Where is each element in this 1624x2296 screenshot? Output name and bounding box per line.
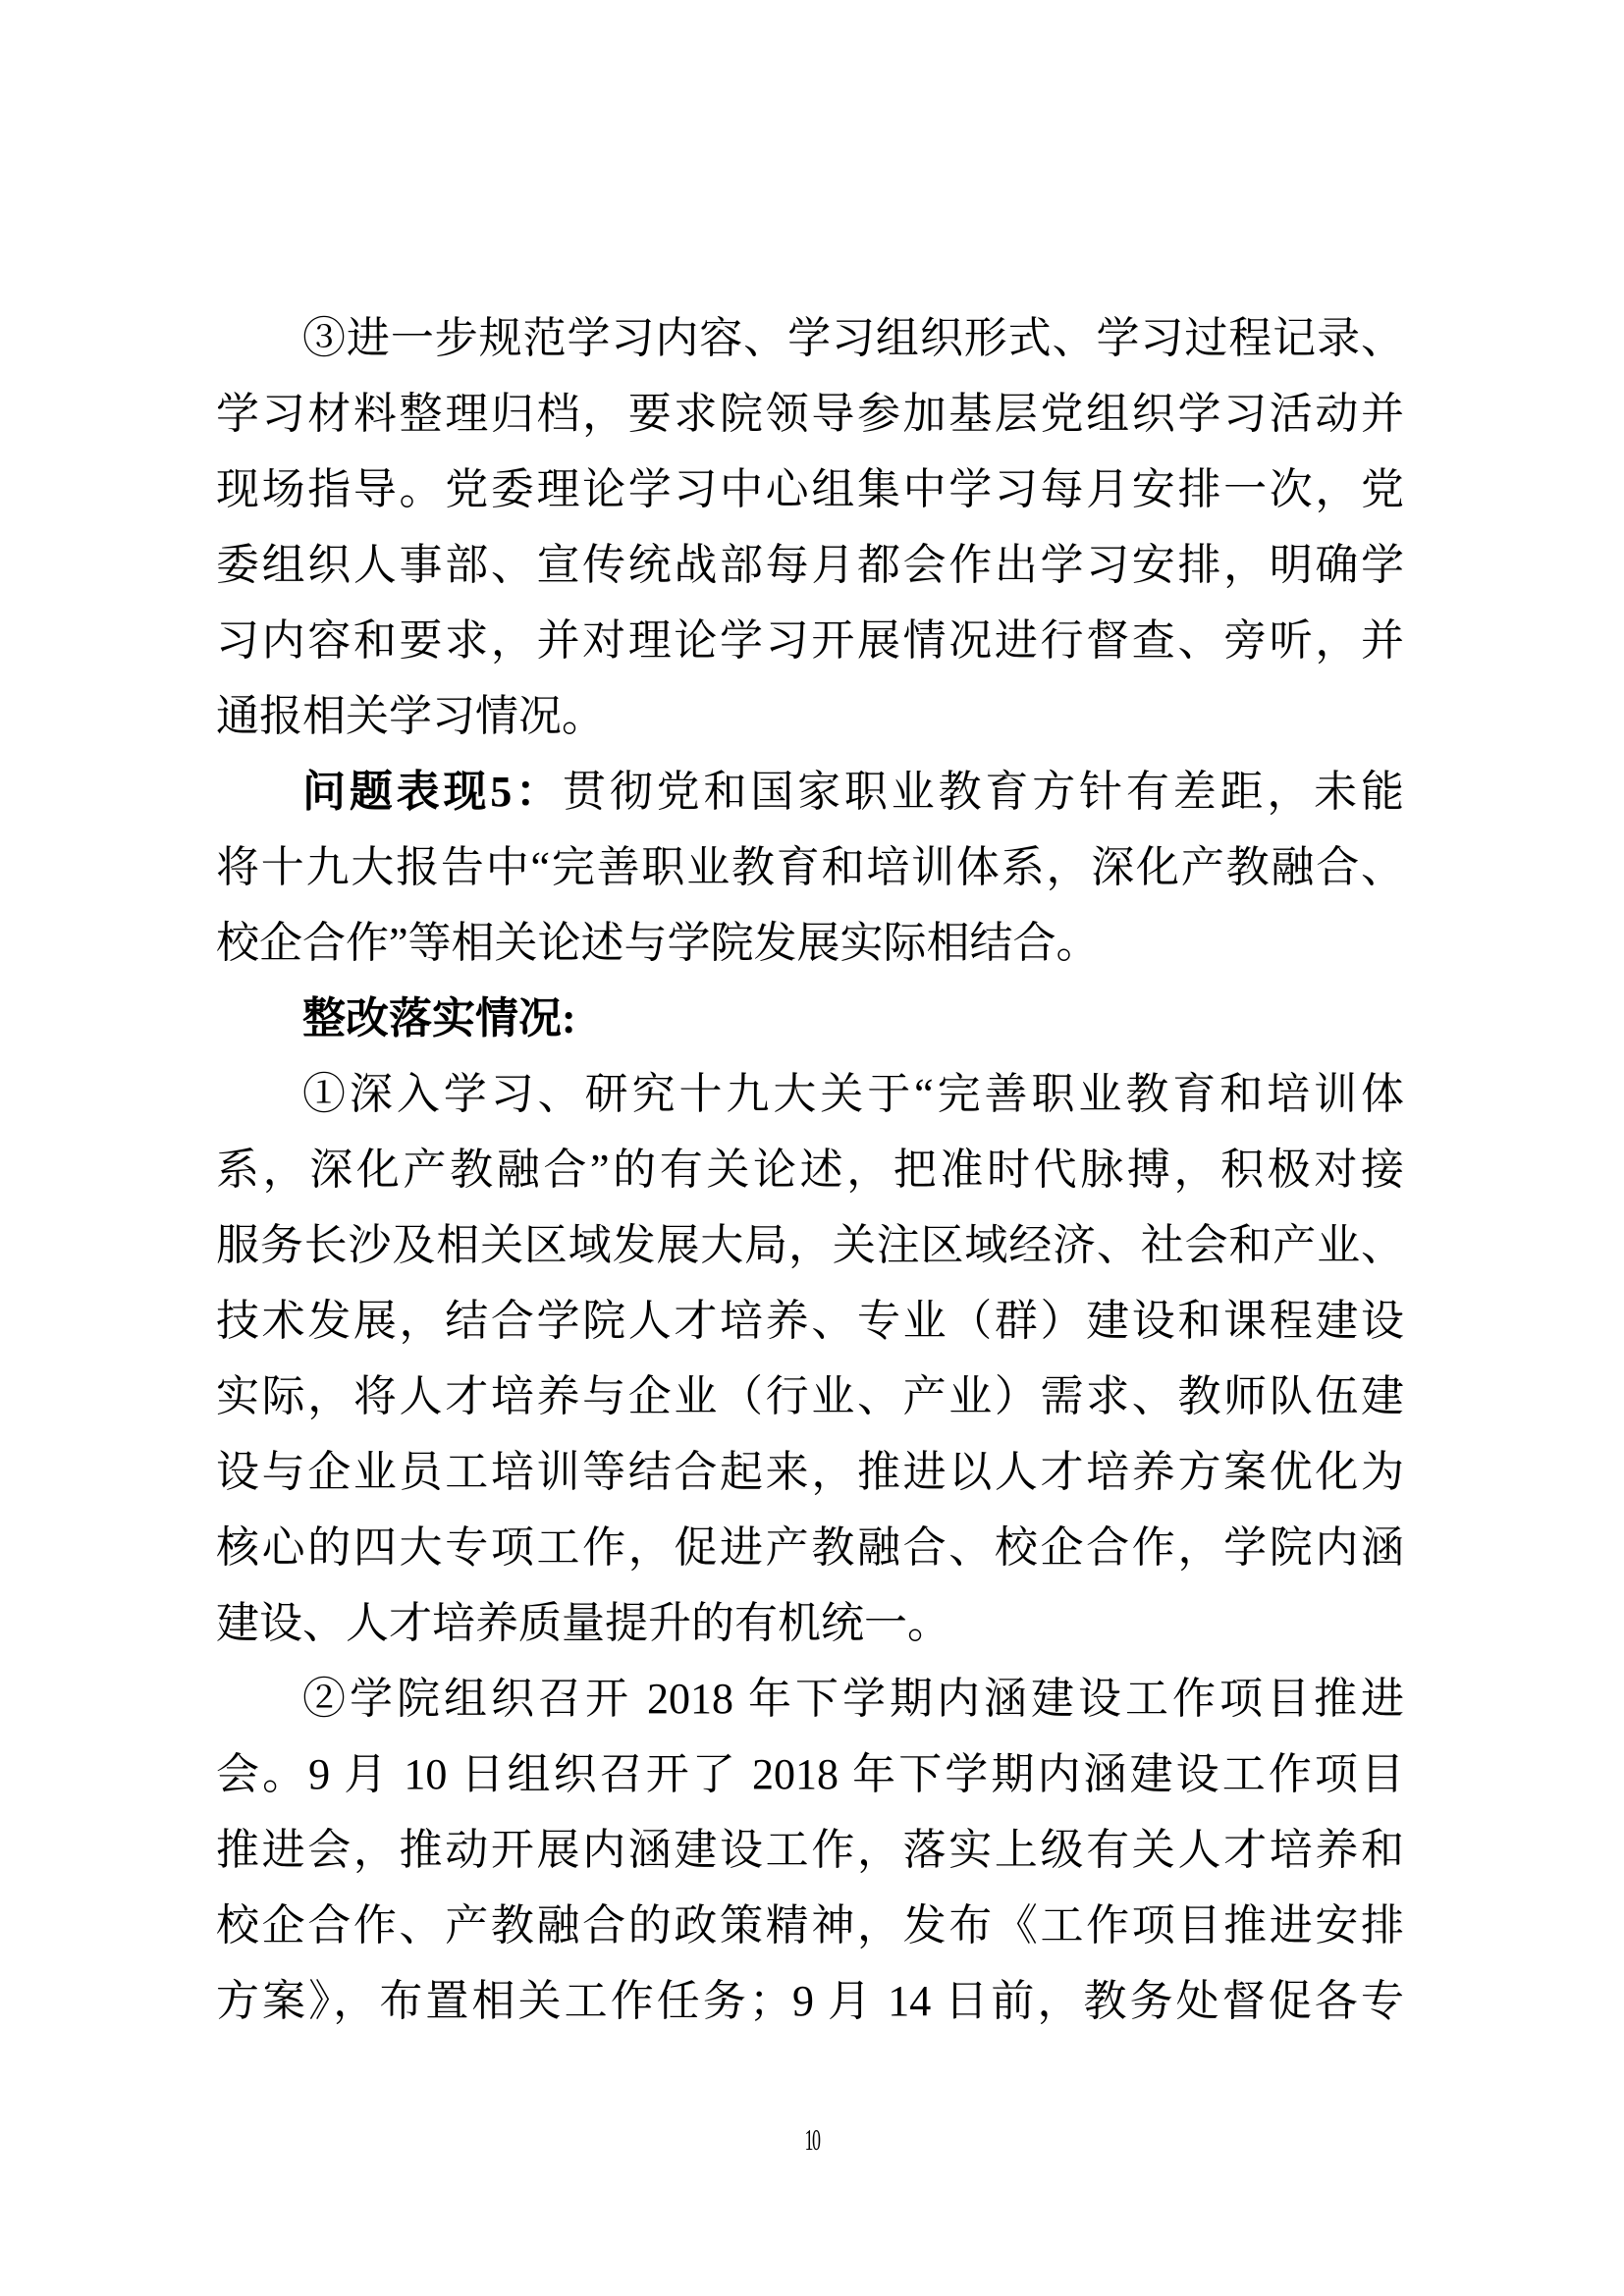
text-line: 系，深化产教融合”的有关论述，把准时代脉搏，积极对接 — [216, 1132, 1404, 1207]
paragraph-3: 整改落实情况: — [216, 981, 1404, 1056]
document-page: ③进一步规范学习内容、学习组织形式、学习过程记录、学习材料整理归档，要求院领导参… — [0, 0, 1624, 2296]
text-line: 问题表现5：贯彻党和国家职业教育方针有差距，未能 — [216, 754, 1404, 829]
text-line: 学习材料整理归档，要求院领导参加基层党组织学习活动并 — [216, 376, 1404, 452]
text-line: 会。9 月 10 日组织召开了 2018 年下学期内涵建设工作项目 — [216, 1736, 1404, 1812]
text-line: 通报相关学习情况。 — [216, 678, 1404, 754]
line-text: 贯彻党和国家职业教育方针有差距，未能 — [563, 768, 1404, 816]
text-line: 建设、人才培养质量提升的有机统一。 — [216, 1585, 1404, 1661]
page-footer: 10 — [0, 2120, 1624, 2160]
text-line: ②学院组织召开 2018 年下学期内涵建设工作项目推进 — [216, 1661, 1404, 1736]
text-line: 实际，将人才培养与企业（行业、产业）需求、教师队伍建 — [216, 1359, 1404, 1434]
paragraph-2: 问题表现5：贯彻党和国家职业教育方针有差距，未能将十九大报告中“完善职业教育和培… — [216, 754, 1404, 981]
text-line: 习内容和要求，并对理论学习开展情况进行督查、旁听，并 — [216, 603, 1404, 678]
text-line: ①深入学习、研究十九大关于“完善职业教育和培训体 — [216, 1056, 1404, 1132]
text-line: 校企合作”等相关论述与学院发展实际相结合。 — [216, 905, 1404, 981]
page-number: 10 — [804, 2120, 819, 2160]
text-line: 整改落实情况: — [216, 981, 1404, 1056]
text-line: 设与企业员工培训等结合起来，推进以人才培养方案优化为 — [216, 1434, 1404, 1510]
text-line: 现场指导。党委理论学习中心组集中学习每月安排一次，党 — [216, 452, 1404, 527]
text-line: 校企合作、产教融合的政策精神，发布《工作项目推进安排 — [216, 1888, 1404, 1963]
text-line: 推进会，推动开展内涵建设工作，落实上级有关人才培养和 — [216, 1812, 1404, 1888]
text-line: 将十九大报告中“完善职业教育和培训体系，深化产教融合、 — [216, 829, 1404, 905]
text-line: 核心的四大专项工作，促进产教融合、校企合作，学院内涵 — [216, 1510, 1404, 1585]
paragraph-1: ③进一步规范学习内容、学习组织形式、学习过程记录、学习材料整理归档，要求院领导参… — [216, 300, 1404, 754]
text-line: 技术发展，结合学院人才培养、专业（群）建设和课程建设 — [216, 1283, 1404, 1359]
text-line: 方案》，布置相关工作任务；9 月 14 日前，教务处督促各专 — [216, 1963, 1404, 2039]
text-line: ③进一步规范学习内容、学习组织形式、学习过程记录、 — [216, 300, 1404, 376]
document-body: ③进一步规范学习内容、学习组织形式、学习过程记录、学习材料整理归档，要求院领导参… — [216, 300, 1404, 2039]
text-line: 服务长沙及相关区域发展大局，关注区域经济、社会和产业、 — [216, 1207, 1404, 1283]
bold-heading-prefix: 问题表现5： — [302, 768, 563, 816]
text-line: 委组织人事部、宣传统战部每月都会作出学习安排，明确学 — [216, 527, 1404, 603]
paragraph-4: ①深入学习、研究十九大关于“完善职业教育和培训体系，深化产教融合”的有关论述，把… — [216, 1056, 1404, 1661]
paragraph-5: ②学院组织召开 2018 年下学期内涵建设工作项目推进会。9 月 10 日组织召… — [216, 1661, 1404, 2039]
